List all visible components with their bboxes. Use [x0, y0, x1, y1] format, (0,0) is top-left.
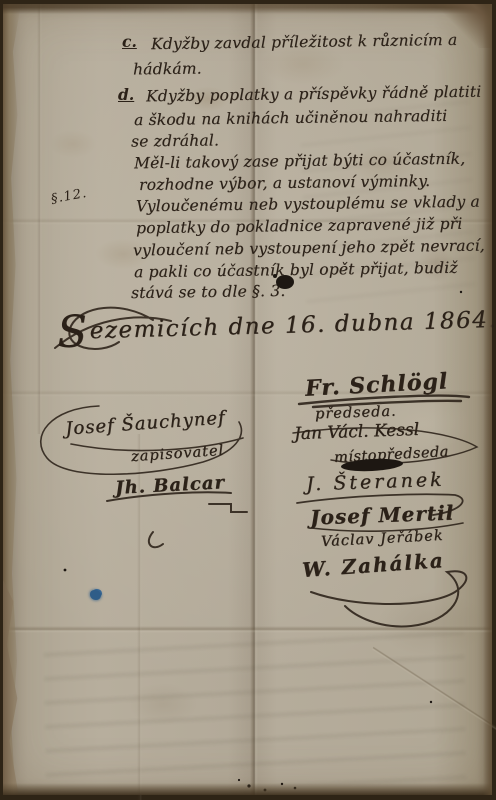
- dateline-initial-flourish: [55, 308, 171, 349]
- signature-flourish: [107, 492, 247, 547]
- top-right-corner-shadow: [414, 4, 492, 48]
- blue-ink-stain: [90, 590, 101, 600]
- ink-speck: [460, 291, 462, 293]
- ink-blot: [276, 275, 294, 289]
- ink-speck: [273, 274, 277, 278]
- signature-flourish: [299, 396, 469, 407]
- signature-flourish: [311, 523, 463, 531]
- right-edge-shadow: [483, 4, 492, 795]
- ink-speck: [64, 569, 67, 572]
- ink-speck: [238, 779, 240, 781]
- ink-speck: [430, 701, 432, 703]
- signature-flourish: [311, 571, 466, 626]
- document-photo: c. Kdyžby zavdal příležitost k různicím …: [0, 0, 496, 800]
- paper-sheet: c. Kdyžby zavdal příležitost k různicím …: [3, 4, 492, 795]
- signature-flourish: [297, 494, 463, 515]
- signature-flourish: [293, 428, 477, 464]
- signature-oval-flourish: [41, 406, 243, 474]
- bottom-edge-shadow: [3, 783, 492, 795]
- ink-blot: [341, 457, 404, 472]
- ink-flourishes: [3, 4, 492, 795]
